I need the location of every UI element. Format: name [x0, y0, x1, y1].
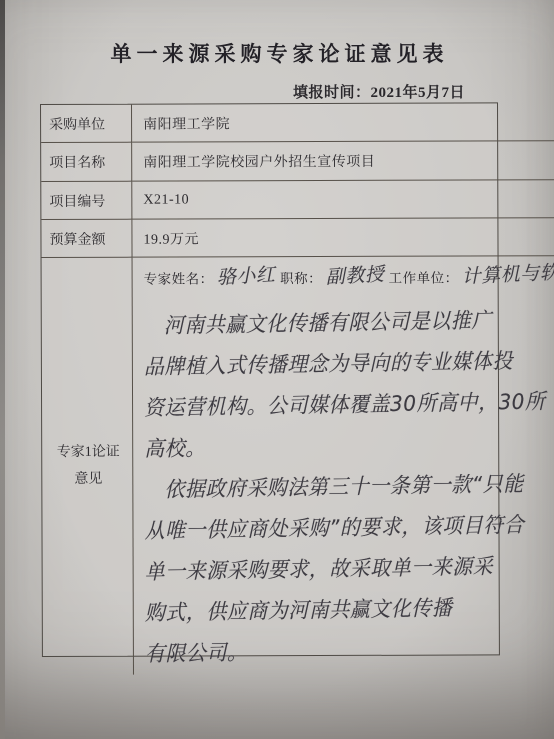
photo-edge-shadow	[0, 0, 5, 739]
work-unit-handwritten: 计算机与软件学院	[461, 251, 554, 289]
field-value-project-name: 南阳理工学院校园户外招生宣传项目	[132, 141, 554, 182]
opinion-line-9: 有限公司。	[145, 625, 554, 676]
form-table: 采购单位 南阳理工学院 项目名称 南阳理工学院校园户外招生宣传项目 项目编号 X…	[40, 102, 500, 657]
field-value-project-number: X21-10	[132, 180, 554, 220]
field-label-project-number: 项目编号	[41, 182, 132, 220]
field-label-budget-amount: 预算金额	[41, 220, 132, 258]
field-label-purchasing-unit: 采购单位	[41, 105, 132, 143]
expert-name-label: 专家姓名：	[144, 257, 214, 287]
expert-title-label: 职称：	[280, 257, 322, 287]
field-value-purchasing-unit: 南阳理工学院	[132, 103, 554, 143]
field-value-budget-amount: 19.9万元	[132, 218, 554, 258]
expert-name-handwritten: 骆小红	[216, 256, 276, 290]
form-title: 单一来源采购专家论证意见表	[0, 38, 554, 68]
field-label-expert1-opinion: 专家1论证意见	[42, 258, 134, 675]
expert-title-handwritten: 副教授	[324, 255, 384, 289]
field-label-project-name: 项目名称	[41, 143, 132, 182]
document-photo: 单一来源采购专家论证意见表 填报时间：2021年5月7日 采购单位 南阳理工学院…	[0, 0, 554, 739]
work-unit-label: 工作单位：	[389, 257, 459, 287]
fill-date: 填报时间：2021年5月7日	[293, 81, 465, 102]
expert1-opinion-cell: 专家姓名： 骆小红 职称： 副教授 工作单位： 计算机与软件学院 河南共赢文化传…	[133, 256, 554, 675]
